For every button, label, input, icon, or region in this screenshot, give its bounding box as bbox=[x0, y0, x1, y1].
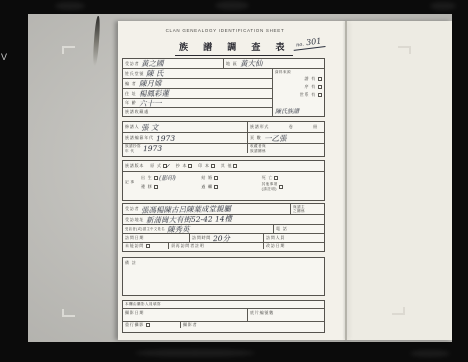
field-surname: 姓氏堂號 陳 氏 bbox=[123, 69, 272, 79]
checkbox-icon bbox=[279, 185, 283, 189]
form-title-chinese: 族 譜 調 查 表 bbox=[175, 40, 293, 56]
serial-value: 301 bbox=[306, 36, 322, 47]
corner-mark-top-left-icon bbox=[62, 46, 75, 54]
field-chinese-name: 受訪者(或)譜主中文姓名 陳秀英 bbox=[123, 225, 274, 233]
checkbox-icon bbox=[154, 176, 158, 180]
field-label: 族譜編纂年代 bbox=[125, 135, 154, 141]
field-label: 重行攝影 bbox=[125, 322, 144, 328]
checkbox-icon bbox=[318, 85, 322, 89]
option-label: 其他事項 (請註明) bbox=[262, 182, 278, 191]
source-header: 資料來源 bbox=[275, 70, 322, 74]
field-label: 未能訪問 bbox=[125, 243, 144, 249]
version-option: 抄 本 bbox=[176, 163, 193, 169]
version-option: 原 式 ✓ bbox=[150, 163, 170, 170]
page-fold-line bbox=[345, 21, 347, 340]
field-label: 電 話 bbox=[276, 226, 288, 232]
corner-mark-top-right-icon bbox=[398, 46, 411, 54]
film-edge-mark: V bbox=[1, 52, 7, 62]
film-smudge bbox=[430, 2, 456, 10]
source-label: 序 有 bbox=[304, 84, 316, 90]
field-label: 訪問時間 bbox=[192, 235, 211, 241]
handwritten-value: 陳秀英 bbox=[167, 225, 190, 233]
option-label: 抄 本 bbox=[176, 163, 188, 169]
film-smudge bbox=[410, 350, 450, 357]
field-label: 編 者 bbox=[125, 81, 137, 87]
field-version: 族譜版本 原 式 ✓ 抄 本 印 本 其 他 bbox=[123, 161, 324, 171]
events-grid: 出 生 (影印) 結 婚 死 亡 遷 移 過 繼 其他事項 (請註明) bbox=[139, 172, 324, 192]
option-label: 遷 移 bbox=[141, 184, 153, 190]
option-label: 死 亡 bbox=[262, 175, 274, 181]
table-compilation: 修譜人 張 文 族譜形式 卷 冊 族譜編纂年代 1973 頁 數 一乙張 族譜抄… bbox=[122, 121, 325, 157]
field-keeper-relation: 收藏者與 族譜關係 bbox=[248, 144, 324, 153]
handwritten-value: 陳 氏 bbox=[146, 69, 164, 79]
field-visited-person: 受訪者 張馮楊陳古呂陳葉成堂親屬 bbox=[123, 204, 291, 214]
field-photo-date: 攝影日期 bbox=[123, 309, 248, 321]
table-clan-identity: 受訪者 黃之國 地 區 黃大仙 姓氏堂號 陳 氏 編 者 陳月嫦 住 址 楊鳳彩… bbox=[122, 58, 325, 117]
handwritten-value: 1973 bbox=[143, 144, 162, 153]
option-label: 結 婚 bbox=[201, 175, 213, 181]
handwritten-value: 六十一 bbox=[138, 99, 161, 108]
handwritten-value: 20分 bbox=[213, 234, 230, 242]
field-events: 記 事 bbox=[123, 172, 139, 192]
field-relation-side: 與譜主 之關係 bbox=[291, 204, 324, 214]
field-label: 備 註 bbox=[125, 260, 137, 266]
field-label: 攝影者 bbox=[183, 322, 197, 328]
handwritten-value: 張 文 bbox=[141, 122, 159, 132]
field-label: 族譜形式 bbox=[250, 124, 269, 130]
checkbox-icon bbox=[154, 185, 158, 189]
field-label: 底片編號數 bbox=[250, 310, 274, 316]
field-label: 受訪者 bbox=[125, 206, 139, 212]
option-label: 冊 bbox=[313, 124, 318, 130]
field-repository: 族譜收藏處 bbox=[123, 108, 272, 116]
checkbox-icon bbox=[214, 176, 218, 180]
field-label: 修譜人 bbox=[125, 124, 139, 130]
data-source-column: 資料來源 譜 有 序 有 世系 有 陳氏族譜 bbox=[273, 69, 324, 116]
checkbox-icon bbox=[274, 176, 278, 180]
field-label: 本欄由攝影人員填寫 bbox=[125, 302, 161, 306]
version-option: 印 本 bbox=[198, 163, 215, 169]
option-label: 出 生 bbox=[141, 175, 153, 181]
field-pages: 頁 數 一乙張 bbox=[248, 133, 324, 143]
handwritten-value: 黃大仙 bbox=[239, 59, 262, 68]
handwritten-value: 楊鳳彩蓮 bbox=[138, 89, 168, 99]
field-visit-duration: 訪問時間 20分 bbox=[190, 234, 264, 242]
handwritten-value: 陳月嫦 bbox=[138, 79, 161, 89]
version-option: 其 他 bbox=[221, 163, 238, 169]
field-age: 年 齡 六十一 bbox=[123, 99, 272, 108]
event-option: 過 繼 bbox=[201, 182, 261, 191]
event-option: 死 亡 bbox=[262, 173, 322, 182]
field-visit-address: 受訪地址 新蒲崗大有街52-42 14樓 bbox=[123, 215, 324, 224]
field-label: 族譜抄寫 年 代 bbox=[125, 144, 141, 153]
field-visit-date: 訪問日期 bbox=[123, 234, 190, 242]
handwritten-value: 張馮楊陳古呂陳葉成堂親屬 bbox=[141, 204, 231, 214]
field-not-visited: 未能訪問 bbox=[123, 243, 169, 249]
field-copy-year: 族譜抄寫 年 代 1973 bbox=[123, 144, 248, 153]
field-informant: 受訪者 黃之國 bbox=[123, 59, 224, 68]
checkbox-icon bbox=[318, 77, 322, 81]
microfilm-frame: { "film": { "v_mark": "V" }, "page": { "… bbox=[0, 0, 468, 362]
event-option: 出 生 (影印) bbox=[141, 173, 201, 182]
field-remarks: 備 註 bbox=[123, 258, 324, 295]
field-photographer: 攝影者 bbox=[181, 322, 324, 328]
field-label: 受訪者(或)譜主中文姓名 bbox=[125, 227, 165, 231]
corner-mark-bottom-right-icon bbox=[392, 307, 405, 315]
field-label: 記 事 bbox=[125, 180, 134, 184]
field-compiler: 編 者 陳月嫦 bbox=[123, 79, 272, 89]
handwritten-note: (影印) bbox=[158, 173, 175, 182]
field-district: 地 區 黃大仙 bbox=[224, 59, 324, 68]
photography-header: 本欄由攝影人員填寫 bbox=[123, 301, 324, 308]
table-visit-record: 受訪者 張馮楊陳古呂陳葉成堂親屬 與譜主 之關係 受訪地址 新蒲崗大有街52-4… bbox=[122, 203, 325, 252]
checkbox-icon bbox=[318, 93, 322, 97]
field-label: 地 區 bbox=[226, 61, 238, 67]
film-smudge bbox=[55, 2, 85, 10]
event-option: 結 婚 bbox=[201, 173, 261, 182]
handwritten-check: ✓ bbox=[165, 162, 170, 169]
handwritten-value: 新蒲崗大有街52-42 14樓 bbox=[146, 215, 232, 224]
field-label: 年 齡 bbox=[125, 100, 137, 106]
field-label: 頁 數 bbox=[250, 135, 262, 141]
field-label: 訪問人員 bbox=[266, 235, 285, 241]
checkbox-icon bbox=[214, 185, 218, 189]
event-option: 其他事項 (請註明) bbox=[262, 182, 322, 191]
field-label: 姓氏堂號 bbox=[125, 71, 144, 77]
table-photography: 本欄由攝影人員填寫 攝影日期 底片編號數 重行攝影 攝影者 bbox=[122, 300, 325, 333]
source-item: 序 有 bbox=[275, 84, 322, 90]
table-remarks: 備 註 bbox=[122, 257, 325, 296]
field-compiler-name: 修譜人 張 文 bbox=[123, 122, 248, 132]
field-label: 改訪日期 bbox=[266, 243, 285, 249]
field-label: 須再訪問者註明 bbox=[171, 243, 205, 249]
serial-prefix: no. bbox=[296, 42, 304, 49]
option-label: 過 繼 bbox=[201, 184, 213, 190]
field-label: 與譜主 之關係 bbox=[293, 205, 305, 214]
field-film-number: 底片編號數 bbox=[248, 309, 324, 321]
field-revisit-date: 改訪日期 bbox=[264, 243, 324, 249]
field-label: 訪問日期 bbox=[125, 235, 144, 241]
checkbox-icon bbox=[211, 164, 215, 168]
handwritten-source-other: 陳氏族譜 bbox=[275, 106, 322, 116]
field-label: 住 址 bbox=[125, 91, 137, 97]
option-label: 印 本 bbox=[198, 163, 210, 169]
checkbox-icon bbox=[188, 164, 192, 168]
field-revisit-note: 須再訪問者註明 bbox=[169, 243, 264, 249]
checkbox-icon bbox=[146, 323, 150, 327]
field-label: 族譜版本 bbox=[125, 163, 144, 169]
film-smudge bbox=[215, 1, 249, 10]
field-label: 攝影日期 bbox=[125, 310, 144, 316]
field-telephone: 電 話 bbox=[274, 225, 324, 233]
handwritten-value: 1973 bbox=[156, 133, 175, 142]
option-label: 原 式 bbox=[150, 163, 162, 169]
field-residence: 住 址 楊鳳彩蓮 bbox=[123, 89, 272, 99]
option-label: 卷 bbox=[289, 124, 294, 130]
field-visitor: 訪問人員 bbox=[264, 234, 324, 242]
field-label: 收藏者與 族譜關係 bbox=[250, 144, 266, 153]
film-smudge bbox=[135, 349, 255, 357]
handwritten-value: 一乙張 bbox=[263, 133, 286, 143]
adjacent-sheet bbox=[347, 21, 452, 340]
checkbox-icon bbox=[233, 164, 237, 168]
handwritten-value: 黃之國 bbox=[141, 59, 164, 68]
event-option: 遷 移 bbox=[141, 182, 201, 191]
field-label: 族譜收藏處 bbox=[125, 109, 149, 115]
field-format: 族譜形式 卷 冊 bbox=[248, 122, 324, 132]
option-label: 其 他 bbox=[221, 163, 233, 169]
source-item: 譜 有 bbox=[275, 76, 322, 82]
field-compile-year: 族譜編纂年代 1973 bbox=[123, 133, 248, 143]
checkbox-icon bbox=[146, 244, 150, 248]
table-version-events: 族譜版本 原 式 ✓ 抄 本 印 本 其 他 記 事 bbox=[122, 160, 325, 201]
field-refilm: 重行攝影 bbox=[123, 322, 181, 328]
form-title-english: CLAN GENEALOGY IDENTIFICATION SHEET bbox=[118, 28, 332, 33]
field-label: 受訪者 bbox=[125, 61, 139, 67]
source-label: 譜 有 bbox=[304, 76, 316, 82]
field-label: 受訪地址 bbox=[125, 217, 144, 223]
corner-mark-bottom-left-icon bbox=[62, 309, 75, 317]
